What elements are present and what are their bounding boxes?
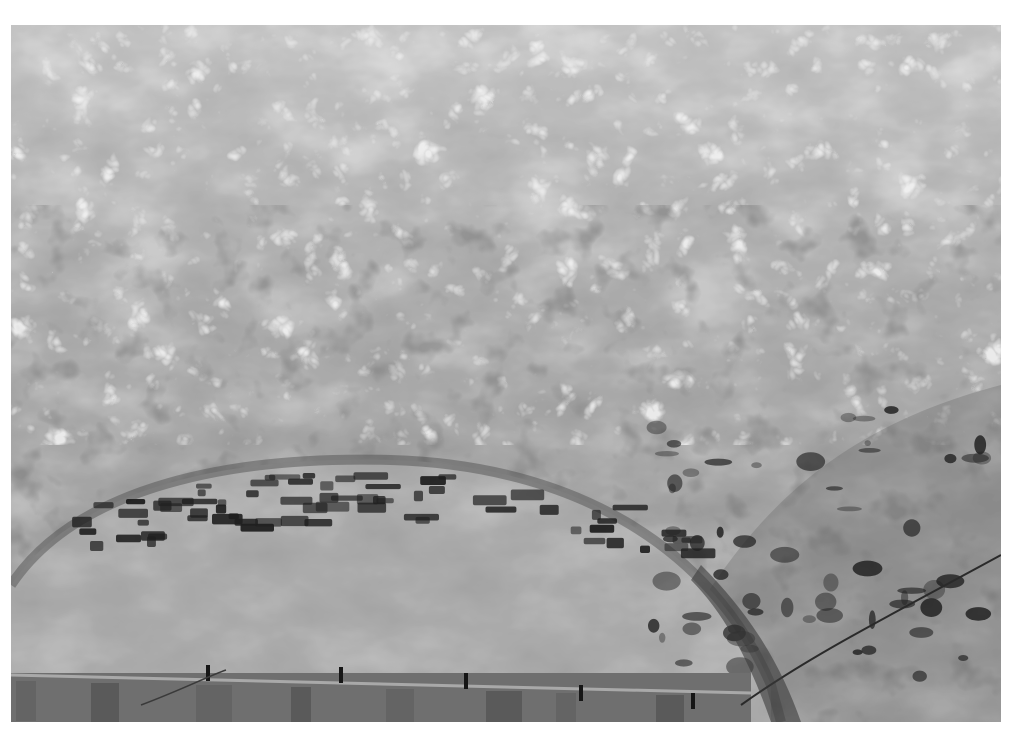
vault-photograph [11, 25, 1001, 722]
vault-scene [11, 25, 1001, 722]
